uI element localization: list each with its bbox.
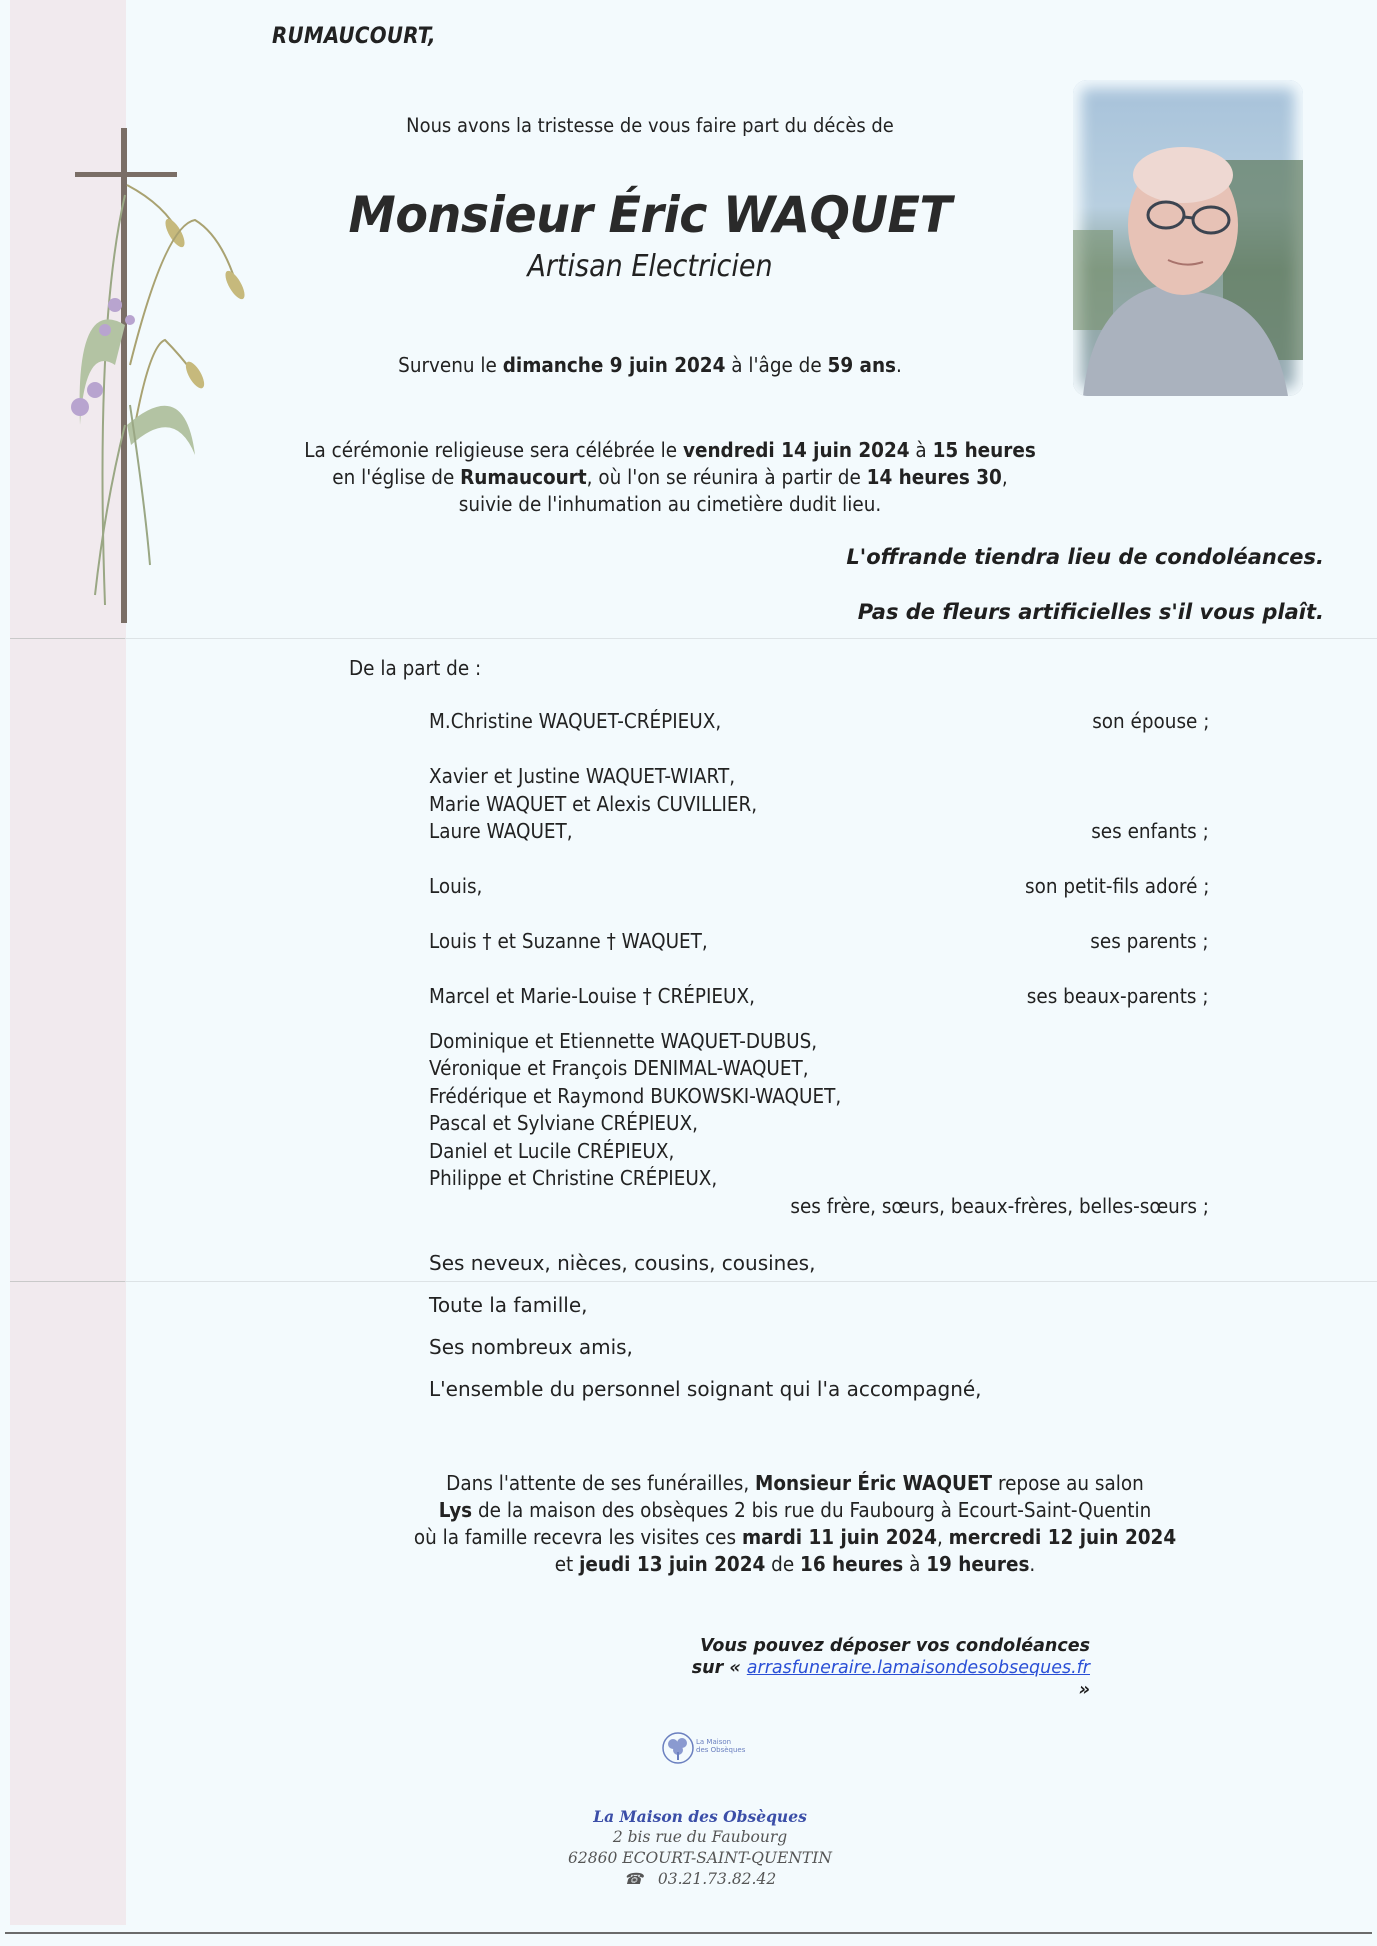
family-relation: ses frère, sœurs, beaux-frères, belles-s… xyxy=(491,1193,1209,1221)
family-group: Xavier et Justine WAQUET-WIART, Marie WA… xyxy=(429,763,1209,846)
family-relation: ses enfants ; xyxy=(1091,818,1209,846)
bottom-rule xyxy=(5,1932,1372,1934)
telephone-icon: ☎ xyxy=(624,1870,643,1888)
offering-notice: L'offrande tiendra lieu de condoléances. xyxy=(846,545,1324,569)
family-group: Louis † et Suzanne † WAQUET, ses parents… xyxy=(429,928,1209,956)
funeral-home-name: La Maison des Obsèques xyxy=(540,1806,860,1827)
mourner-line: Ses neveux, nièces, cousins, cousines, xyxy=(429,1252,982,1294)
ceremony-time: 15 heures xyxy=(933,438,1036,462)
death-age: 59 ans xyxy=(828,353,896,377)
family-relation: ses beaux-parents ; xyxy=(1027,983,1209,1011)
ceremony-date: vendredi 14 juin 2024 xyxy=(683,438,910,462)
deceased-profession: Artisan Electricien xyxy=(425,249,875,284)
family-group: M.Christine WAQUET-CRÉPIEUX, son épouse … xyxy=(429,708,1209,736)
ceremony-info: La cérémonie religieuse sera célébrée le… xyxy=(247,437,1093,518)
condolences-link[interactable]: arrasfuneraire.lamaisondesobseques.fr xyxy=(747,1658,1090,1678)
family-group: Louis, son petit-fils adoré ; xyxy=(429,873,1209,901)
mourner-line: Ses nombreux amis, xyxy=(429,1336,982,1378)
intro-text: Nous avons la tristesse de vous faire pa… xyxy=(319,114,981,137)
fold-line xyxy=(10,638,1377,639)
family-relation: son épouse ; xyxy=(1092,708,1209,736)
family-relation: son petit-fils adoré ; xyxy=(1025,873,1209,901)
family-group: Dominique et Etiennette WAQUET-DUBUS, Vé… xyxy=(429,1028,1209,1221)
other-mourners: Ses neveux, nièces, cousins, cousines, T… xyxy=(429,1252,982,1420)
cross-wheat-icon xyxy=(55,125,265,625)
funeral-home-address: La Maison des Obsèques 2 bis rue du Faub… xyxy=(540,1806,860,1890)
visitation-info: Dans l'attente de ses funérailles, Monsi… xyxy=(367,1470,1223,1578)
family-list: M.Christine WAQUET-CRÉPIEUX, son épouse … xyxy=(429,708,1209,1248)
portrait-photo-icon xyxy=(1073,80,1303,396)
gather-time: 14 heures 30 xyxy=(867,465,1002,489)
condolences-info: Vous pouvez déposer vos condoléances sur… xyxy=(690,1635,1090,1701)
death-date: dimanche 9 juin 2024 xyxy=(503,353,726,377)
family-relation: ses parents ; xyxy=(1091,928,1209,956)
deceased-name: Monsieur Éric WAQUET xyxy=(318,186,983,244)
phone-number: 03.21.73.82.42 xyxy=(658,1870,776,1888)
deceased-portrait xyxy=(1073,80,1303,396)
salon-name: Lys xyxy=(439,1498,472,1522)
mourner-line: L'ensemble du personnel soignant qui l'a… xyxy=(429,1378,982,1420)
family-group: Marcel et Marie-Louise † CRÉPIEUX, ses b… xyxy=(429,983,1209,1011)
family-label: De la part de : xyxy=(349,656,481,680)
death-info: Survenu le dimanche 9 juin 2024 à l'âge … xyxy=(310,353,991,377)
ceremony-place: Rumaucourt xyxy=(460,465,586,489)
funeral-home-logo: La Maison des Obsèques xyxy=(660,1730,750,1774)
mourner-line: Toute la famille, xyxy=(429,1294,982,1336)
town-heading: RUMAUCOURT, xyxy=(272,24,436,49)
flowers-notice: Pas de fleurs artificielles s'il vous pl… xyxy=(858,600,1324,624)
